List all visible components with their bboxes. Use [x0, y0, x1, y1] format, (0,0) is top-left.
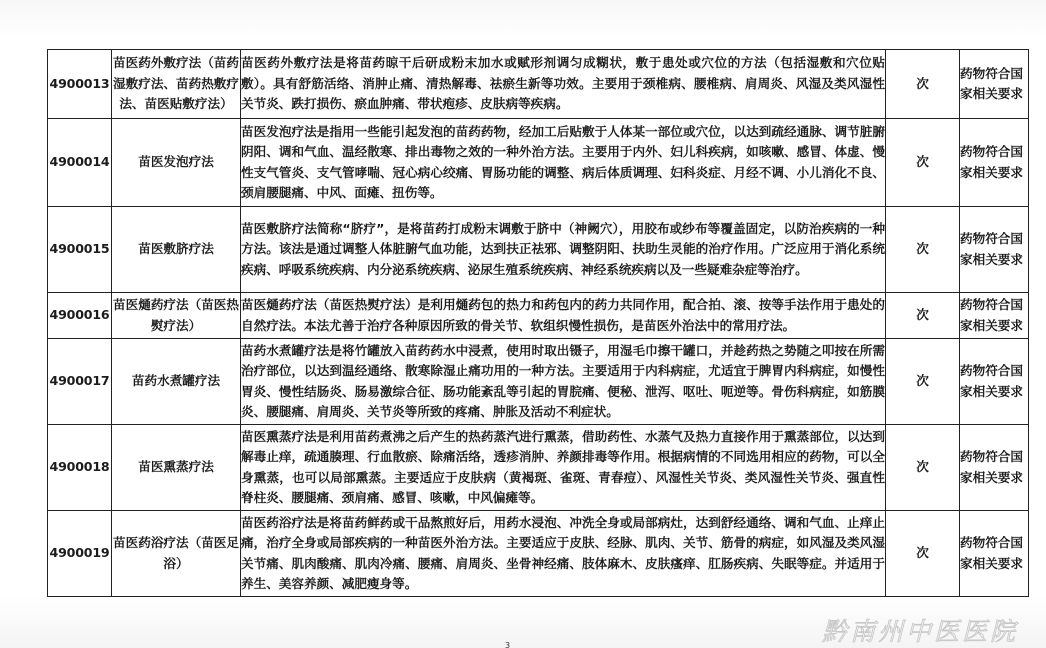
item-note: 药物符合国家相关要求: [960, 425, 1029, 511]
item-code: 4900017: [48, 339, 112, 425]
item-unit: 次: [886, 207, 960, 293]
item-description: 苗医熏蒸疗法是利用苗药煮沸之后产生的热药蒸汽进行熏蒸，借助药性、水蒸气及热力直接…: [241, 425, 886, 511]
table-row: 4900013 苗医药外敷疗法（苗药湿敷疗法、苗药热敷疗法、苗医贴敷疗法） 苗医…: [48, 50, 1029, 119]
item-description: 苗医药外敷疗法是将苗药晾干后研成粉末加水或赋形剂调匀成糊状，敷于患处或穴位的方法…: [241, 50, 886, 119]
table-row: 4900019 苗医药浴疗法（苗医足浴） 苗医药浴疗法是将苗药鲜药或干品熬煎好后…: [48, 511, 1029, 597]
item-unit: 次: [886, 293, 960, 339]
item-description: 苗药水煮罐疗法是将竹罐放入苗药药水中浸煮，使用时取出镊子，用湿毛巾擦干罐口，并趁…: [241, 339, 886, 425]
item-note: 药物符合国家相关要求: [960, 119, 1029, 207]
item-name: 苗医熥药疗法（苗医热熨疗法）: [112, 293, 241, 339]
item-description: 苗医敷脐疗法简称“脐疗”，是将苗药打成粉末调敷于脐中（神阙穴），用胶布或纱布等覆…: [241, 207, 886, 293]
table-row: 4900018 苗医熏蒸疗法 苗医熏蒸疗法是利用苗药煮沸之后产生的热药蒸汽进行熏…: [48, 425, 1029, 511]
item-name: 苗医敷脐疗法: [112, 207, 241, 293]
item-description: 苗医发泡疗法是指用一些能引起发泡的苗药药物，经加工后贴敷于人体某一部位或穴位，以…: [241, 119, 886, 207]
item-note: 药物符合国家相关要求: [960, 50, 1029, 119]
item-description: 苗医熥药疗法（苗医热熨疗法）是利用熥药包的热力和药包内的药力共同作用，配合拍、滚…: [241, 293, 886, 339]
item-name: 苗医药外敷疗法（苗药湿敷疗法、苗药热敷疗法、苗医贴敷疗法）: [112, 50, 241, 119]
item-unit: 次: [886, 511, 960, 597]
item-code: 4900014: [48, 119, 112, 207]
hospital-watermark: 黔南州中医医院: [822, 612, 1018, 648]
item-note: 药物符合国家相关要求: [960, 511, 1029, 597]
item-name: 苗医发泡疗法: [112, 119, 241, 207]
document-page: 4900013 苗医药外敷疗法（苗药湿敷疗法、苗药热敷疗法、苗医贴敷疗法） 苗医…: [0, 0, 1046, 648]
item-name: 苗医熏蒸疗法: [112, 425, 241, 511]
item-note: 药物符合国家相关要求: [960, 339, 1029, 425]
item-unit: 次: [886, 339, 960, 425]
item-code: 4900015: [48, 207, 112, 293]
item-unit: 次: [886, 119, 960, 207]
item-name: 苗医药浴疗法（苗医足浴）: [112, 511, 241, 597]
page-number: 3: [505, 641, 510, 648]
item-code: 4900019: [48, 511, 112, 597]
item-unit: 次: [886, 425, 960, 511]
service-item-table: 4900013 苗医药外敷疗法（苗药湿敷疗法、苗药热敷疗法、苗医贴敷疗法） 苗医…: [47, 49, 1029, 597]
table-row: 4900015 苗医敷脐疗法 苗医敷脐疗法简称“脐疗”，是将苗药打成粉末调敷于脐…: [48, 207, 1029, 293]
item-code: 4900016: [48, 293, 112, 339]
table-row: 4900014 苗医发泡疗法 苗医发泡疗法是指用一些能引起发泡的苗药药物，经加工…: [48, 119, 1029, 207]
item-code: 4900013: [48, 50, 112, 119]
item-description: 苗医药浴疗法是将苗药鲜药或干品熬煎好后，用药水浸泡、冲洗全身或局部病灶，达到舒经…: [241, 511, 886, 597]
item-name: 苗药水煮罐疗法: [112, 339, 241, 425]
item-note: 药物符合国家相关要求: [960, 207, 1029, 293]
item-code: 4900018: [48, 425, 112, 511]
table-row: 4900017 苗药水煮罐疗法 苗药水煮罐疗法是将竹罐放入苗药药水中浸煮，使用时…: [48, 339, 1029, 425]
item-unit: 次: [886, 50, 960, 119]
item-note: 药物符合国家相关要求: [960, 293, 1029, 339]
table-row: 4900016 苗医熥药疗法（苗医热熨疗法） 苗医熥药疗法（苗医热熨疗法）是利用…: [48, 293, 1029, 339]
